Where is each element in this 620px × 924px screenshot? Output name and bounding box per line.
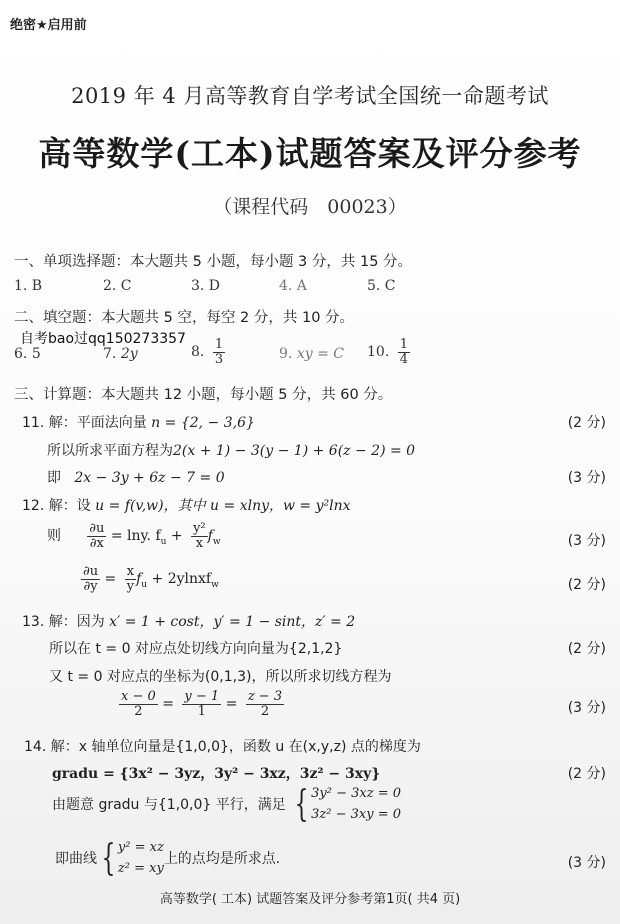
p11-line3: 即 2x − 3y + 6z − 7 = 0 — [47, 467, 225, 487]
answer-3: 3. D — [191, 278, 220, 294]
page-footer: 高等数学( 工本) 试题答案及评分参考第1页( 共4 页) — [0, 888, 620, 907]
answer-10: 10. 14 — [367, 338, 410, 366]
section-heading-calculation: 三、计算题：本大题共 12 小题，每小题 5 分，共 60 分。 — [14, 383, 392, 404]
p13-line2: 所以在 t = 0 对应点处切线方向向量为{2,1,2} — [49, 638, 342, 658]
section-heading-single-choice: 一、单项选择题：本大题共 5 小题，每小题 3 分，共 15 分。 — [14, 250, 412, 271]
exam-title: 2019 年 4 月高等教育自学考试全国统一命题考试 — [0, 80, 620, 110]
p11-score2: (3 分) — [568, 467, 606, 487]
answer-4: 4. A — [279, 278, 307, 294]
answer-2: 2. C — [103, 278, 132, 294]
section-heading-fill-blank: 二、填空题：本大题共 5 空，每空 2 分，共 10 分。 — [14, 306, 354, 327]
watermark-text: 自考bao过qq150273357 — [20, 328, 186, 348]
answer-9: 9. xy = C — [279, 346, 344, 362]
p13-score1: (2 分) — [568, 638, 606, 658]
answer-7: 7. 2y — [103, 346, 138, 362]
p11-line1: 11. 解：平面法向量 n = {2, − 3,6} — [22, 412, 255, 432]
p14-score1: (2 分) — [568, 763, 606, 783]
p12-score1: (3 分) — [568, 530, 606, 550]
p13-line3: 又 t = 0 对应点的坐标为(0,1,3)，所以所求切线方程为 — [49, 666, 391, 686]
p14-line3: 由题意 gradu 与{1,0,0} 平行，满足 {3y² − 3xz = 03… — [52, 784, 401, 826]
p12-line2: 则 ∂u∂x = lny. fu + y²xfw — [47, 522, 221, 550]
p13-score2: (3 分) — [568, 697, 606, 717]
p13-line1: 13. 解：因为 x′ = 1 + cost，y′ = 1 − sint，z′ … — [22, 611, 355, 631]
answer-1: 1. B — [14, 278, 42, 294]
answer-5: 5. C — [367, 278, 396, 294]
p12-line1: 12. 解：设 u = f(v,w)，其中 u = xlny，w = y²lnx — [22, 495, 351, 515]
p14-line1: 14. 解：x 轴单位向量是{1,0,0}，函数 u 在(x,y,z) 点的梯度… — [24, 736, 421, 756]
p11-score1: (2 分) — [568, 412, 606, 432]
p14-line4: 即曲线{y² = xzz² = xy上的点均是所求点. — [55, 838, 280, 880]
p12-score2: (2 分) — [568, 574, 606, 594]
course-code: （课程代码 00023） — [0, 192, 620, 219]
document-title: 高等数学(工本)试题答案及评分参考 — [0, 128, 620, 175]
answer-8: 8. 13 — [191, 338, 225, 366]
p11-line2: 所以所求平面方程为2(x + 1) − 3(y − 1) + 6(z − 2) … — [47, 440, 415, 460]
p14-score2: (3 分) — [568, 852, 606, 872]
p14-line2: gradu = {3x² − 3yz，3y² − 3xz，3z² − 3xy} — [52, 763, 380, 783]
p12-line3: ∂u∂y = xyfu + 2ylnxfw — [77, 565, 219, 593]
confidential-label: 绝密★启用前 — [10, 14, 87, 33]
p13-tangent-equation: x − 02 = y − 11 = z − 32 — [115, 690, 284, 718]
answer-6: 6. 5 — [14, 346, 41, 362]
